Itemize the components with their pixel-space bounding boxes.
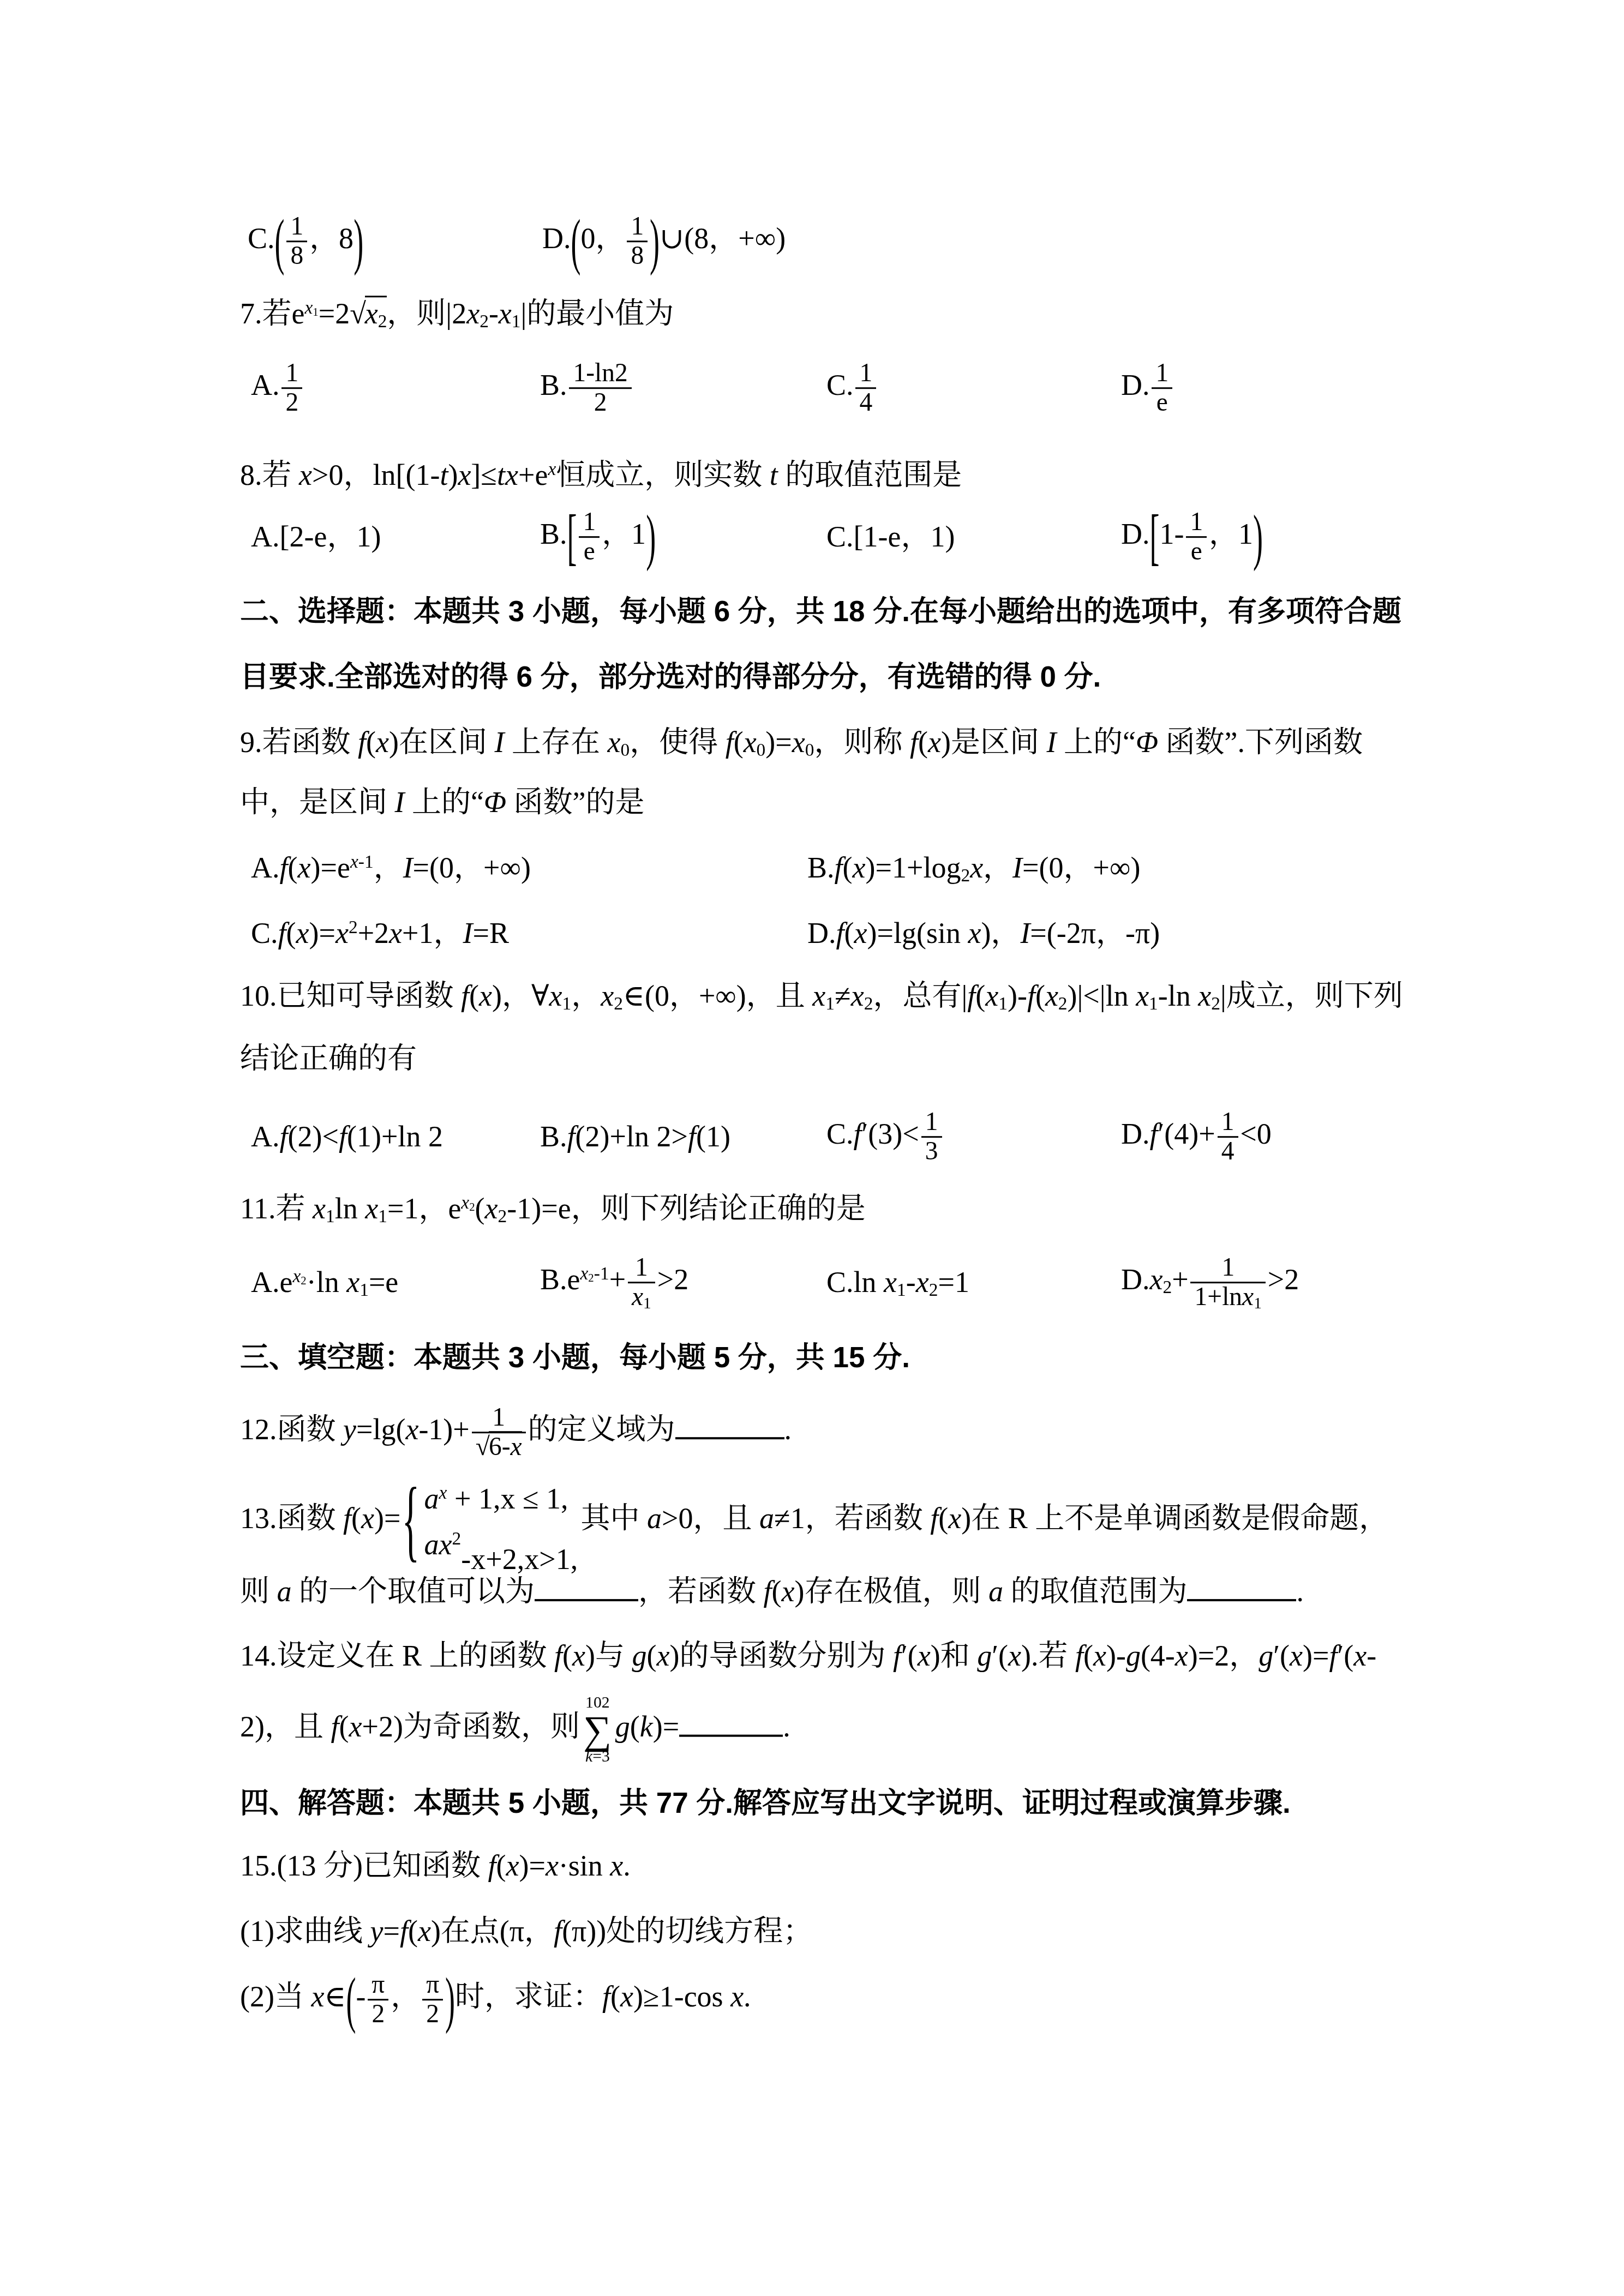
q11-opt-c: C.ln x1-x2=1 bbox=[826, 1264, 969, 1301]
fill-in-blank bbox=[1187, 1571, 1296, 1601]
q13-text2: 则 a 的一个取值可以为，若函数 f(x)存在极值，则 a 的取值范围为. bbox=[240, 1571, 1304, 1610]
q8-opt-c: C.[1-e，1) bbox=[826, 519, 955, 556]
q14-text2: 2)，且 f(x+2)为奇函数，则102∑k=3g(k)=. bbox=[240, 1695, 790, 1765]
q7-opt-a: A.12 bbox=[251, 359, 304, 417]
sec2-text2: 目要求.全部选对的得 6 分，部分选对的得部分分，有选错的得 0 分. bbox=[240, 659, 1101, 695]
q10-text2: 结论正确的有 bbox=[240, 1041, 417, 1078]
q15-part1-text: (1)求曲线 y=f(x)在点(π，f(π))处的切线方程； bbox=[240, 1913, 812, 1950]
q12-text: 12.函数 y=lg(x-1)+1√6-x的定义域为. bbox=[240, 1404, 792, 1462]
q10-text1: 10.已知可导函数 f(x)，∀x1，x2∈(0，+∞)，且 x1≠x2，总有|… bbox=[240, 978, 1403, 1015]
q15-part2-text: (2)当 x∈(-π2，π2)时，求证：f(x)≥1-cos x. bbox=[240, 1971, 751, 2029]
q9-opt-a: A.f(x)=ex-1，I=(0，+∞) bbox=[251, 850, 531, 887]
q6-opt-d: D.(0，18)∪(8，+∞) bbox=[542, 213, 786, 271]
q9-opt-d: D.f(x)=lg(sin x)，I=(-2π，-π) bbox=[807, 915, 1160, 952]
q9-opt-c: C.f(x)=x2+2x+1，I=R bbox=[251, 915, 509, 952]
q14-text1: 14.设定义在 R 上的函数 f(x)与 g(x)的导函数分别为 f′(x)和 … bbox=[240, 1638, 1376, 1675]
q8-opt-b: B.[1e，1) bbox=[540, 508, 656, 566]
q8-text: 8.若 x>0，ln[(1-t)x]≤tx+ex恒成立，则实数 t 的取值范围是 bbox=[240, 457, 962, 494]
q11-opt-a: A.ex2·ln x1=e bbox=[251, 1264, 398, 1301]
q10-opt-c: C.f′(3)<13 bbox=[826, 1108, 944, 1166]
fill-in-blank bbox=[535, 1571, 638, 1601]
q11-opt-d: D.x2+11+lnx1>2 bbox=[1121, 1254, 1299, 1312]
fill-in-blank bbox=[679, 1706, 783, 1736]
sec3-text: 三、填空题：本题共 3 小题，每小题 5 分，共 15 分. bbox=[240, 1340, 910, 1376]
q7-opt-d: D.1e bbox=[1121, 359, 1174, 417]
fill-in-blank bbox=[675, 1409, 784, 1439]
q10-opt-d: D.f′(4)+14<0 bbox=[1121, 1108, 1272, 1166]
sec4-text: 四、解答题：本题共 5 小题，共 77 分.解答应写出文字说明、证明过程或演算步… bbox=[240, 1786, 1291, 1822]
q8-opt-a: A.[2-e，1) bbox=[251, 519, 381, 556]
q10-opt-a: A.f(2)<f(1)+ln 2 bbox=[251, 1119, 443, 1156]
q10-opt-b: B.f(2)+ln 2>f(1) bbox=[540, 1119, 730, 1156]
q8-opt-d: D.[1-1e，1) bbox=[1121, 508, 1263, 566]
q7-opt-c: C.14 bbox=[826, 359, 878, 417]
q9-opt-b: B.f(x)=1+log2x，I=(0，+∞) bbox=[807, 850, 1140, 887]
q11-text: 11.若 x1ln x1=1，ex2(x2-1)=e，则下列结论正确的是 bbox=[240, 1191, 866, 1228]
q15-text: 15.(13 分)已知函数 f(x)=x·sin x. bbox=[240, 1848, 631, 1885]
q9-text1: 9.若函数 f(x)在区间 I 上存在 x0，使得 f(x0)=x0，则称 f(… bbox=[240, 724, 1363, 761]
q11-opt-b: B.ex2-1+1x1>2 bbox=[540, 1254, 688, 1312]
q7-text: 7.若ex1=2√x2，则|2x2-x1|的最小值为 bbox=[240, 296, 674, 333]
q9-text2: 中，是区间 I 上的“Φ 函数”的是 bbox=[240, 784, 645, 821]
q6-opt-c: C.(18，8) bbox=[248, 213, 363, 271]
q13-text1: 13.函数 f(x)={ax + 1,x ≤ 1,ax2-x+2,x>1,其中 … bbox=[240, 1484, 1388, 1559]
exam-page: C.(18，8)D.(0，18)∪(8，+∞)7.若ex1=2√x2，则|2x2… bbox=[0, 0, 1624, 2296]
sec2-text1: 二、选择题：本题共 3 小题，每小题 6 分，共 18 分.在每小题给出的选项中… bbox=[240, 594, 1401, 630]
q7-opt-b: B.1-ln22 bbox=[540, 359, 634, 417]
